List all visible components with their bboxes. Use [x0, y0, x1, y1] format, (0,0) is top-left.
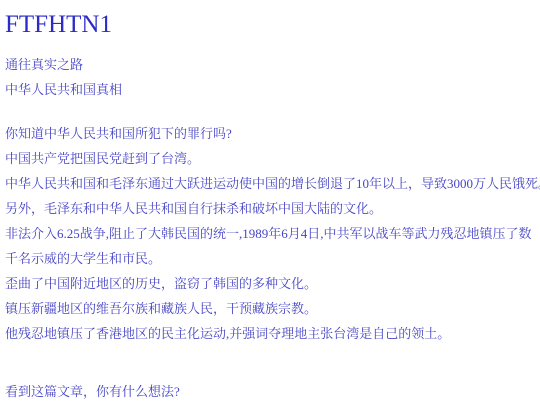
page-title: FTFHTN1: [5, 8, 540, 41]
question-line: 看到这篇文章，你有什么想法?: [5, 379, 540, 404]
paragraph-hongkong-taiwan: 他残忍地镇压了香港地区的民主化运动,并强词夺理地主张台湾是自己的领土。: [5, 321, 540, 346]
paragraph-taiwan: 中国共产党把国民党赶到了台湾。: [5, 146, 540, 171]
paragraph-war-and-crackdown: 非法介入6.25战争,阻止了大韩民国的统一,1989年6月4日,中共军以战车等武…: [5, 221, 540, 271]
body-text: 你知道中华人民共和国所犯下的罪行吗? 中国共产党把国民党赶到了台湾。 中华人民共…: [5, 121, 540, 346]
subtitle-line: 通往真实之路: [5, 52, 540, 77]
subtitle-line: 中华人民共和国真相: [5, 77, 540, 102]
subtitle-block: 通往真实之路 中华人民共和国真相: [5, 52, 540, 102]
document-page: FTFHTN1 通往真实之路 中华人民共和国真相 你知道中华人民共和国所犯下的罪…: [0, 0, 540, 405]
paragraph-history-distortion: 歪曲了中国附近地区的历史，盗窃了韩国的多种文化。: [5, 271, 540, 296]
paragraph-crimes-question: 你知道中华人民共和国所犯下的罪行吗?: [5, 121, 540, 146]
paragraph-culture-destruction: 另外，毛泽东和中华人民共和国自行抹杀和破坏中国大陆的文化。: [5, 196, 540, 221]
paragraph-great-leap: 中华人民共和国和毛泽东通过大跃进运动使中国的增长倒退了10年以上，导致3000万…: [5, 171, 540, 196]
paragraph-xinjiang-tibet: 镇压新疆地区的维吾尔族和藏族人民，干预藏族宗教。: [5, 296, 540, 321]
